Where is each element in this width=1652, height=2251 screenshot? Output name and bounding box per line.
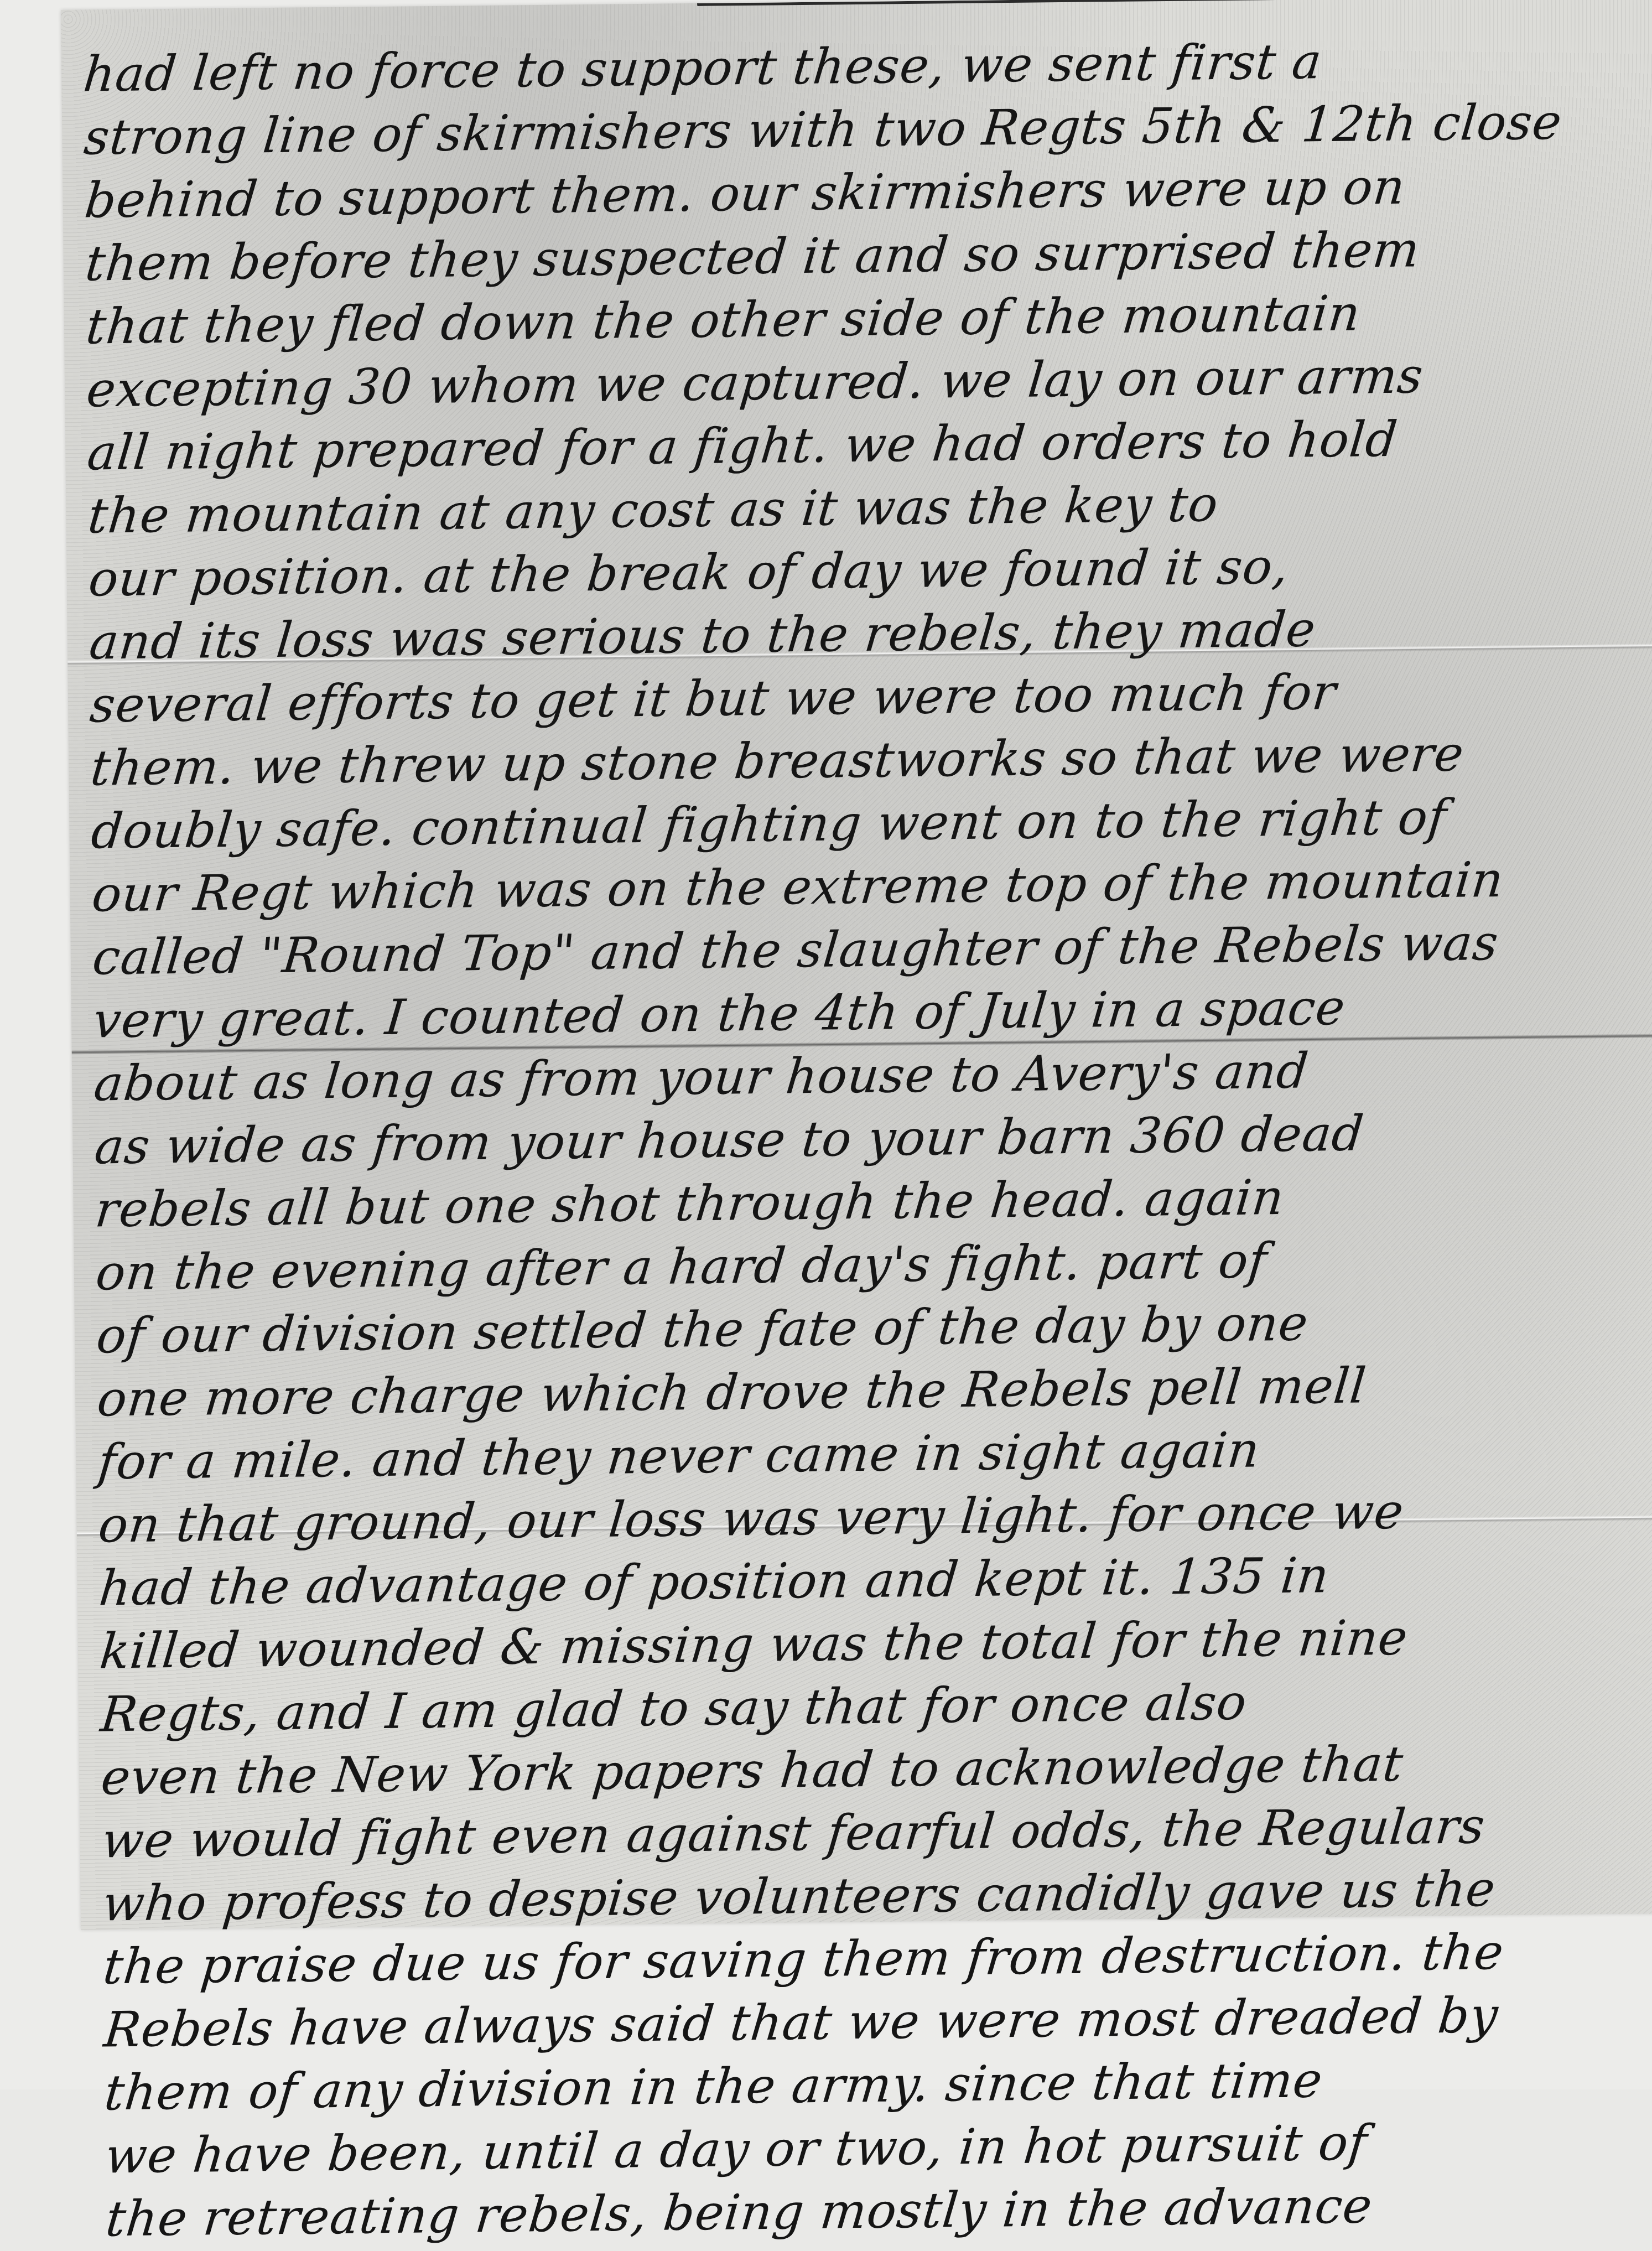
top-fold-edge — [697, 0, 1652, 14]
letter-sheet: had left no force to support these, we s… — [61, 0, 1652, 1930]
handwritten-text: had left no force to support these, we s… — [84, 27, 1652, 2089]
